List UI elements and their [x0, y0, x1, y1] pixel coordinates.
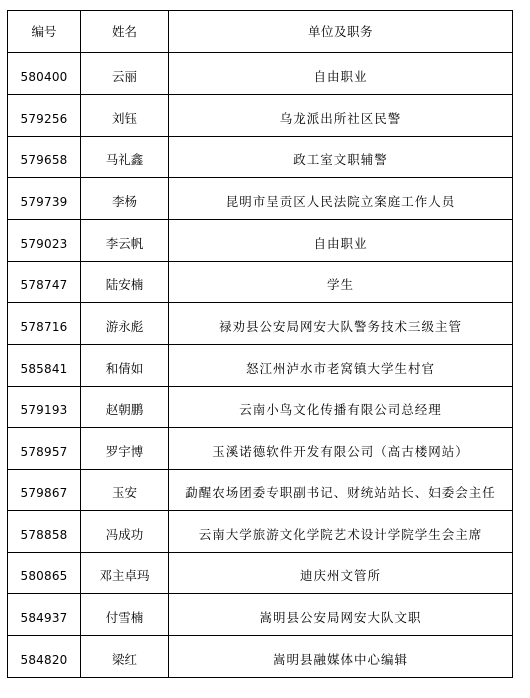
id-cell: 579256 — [8, 95, 81, 137]
unit-value: 勐醒农场团委专职副书记、财统站站长、妇委会主任 — [185, 480, 496, 500]
id-value: 579256 — [20, 106, 67, 126]
unit-cell: 玉溪诺德软件开发有限公司（高古楼网站） — [169, 428, 513, 470]
table-row: 585841和倩如怒江州泸水市老窝镇大学生村官 — [8, 345, 513, 387]
id-value: 579739 — [20, 189, 67, 209]
name-value: 刘钰 — [112, 106, 137, 126]
unit-cell: 禄劝县公安局网安大队警务技术三级主管 — [169, 303, 513, 345]
id-cell: 584820 — [8, 636, 81, 678]
id-cell: 579867 — [8, 470, 81, 511]
unit-value: 昆明市呈贡区人民法院立案庭工作人员 — [226, 189, 456, 209]
id-cell: 578716 — [8, 303, 81, 345]
name-cell: 马礼鑫 — [81, 137, 169, 178]
name-value: 和倩如 — [106, 356, 144, 376]
table-row: 579023李云帆自由职业 — [8, 220, 513, 262]
id-cell: 578858 — [8, 511, 81, 553]
table-row: 579658马礼鑫政工室文职辅警 — [8, 137, 513, 178]
unit-cell: 迪庆州文管所 — [169, 553, 513, 594]
name-value: 冯成功 — [106, 522, 144, 542]
unit-cell: 政工室文职辅警 — [169, 137, 513, 178]
unit-cell: 学生 — [169, 262, 513, 303]
header-id: 编号 — [8, 11, 81, 53]
unit-value: 云南大学旅游文化学院艺术设计学院学生会主席 — [199, 522, 483, 542]
id-cell: 579023 — [8, 220, 81, 262]
id-cell: 579193 — [8, 387, 81, 428]
unit-cell: 乌龙派出所社区民警 — [169, 95, 513, 137]
name-value: 赵朝鹏 — [106, 397, 144, 417]
unit-cell: 自由职业 — [169, 220, 513, 262]
unit-value: 乌龙派出所社区民警 — [280, 106, 402, 126]
unit-value: 嵩明县融媒体中心编辑 — [273, 647, 408, 667]
unit-cell: 嵩明县公安局网安大队文职 — [169, 594, 513, 636]
unit-cell: 自由职业 — [169, 53, 513, 95]
header-name: 姓名 — [81, 11, 169, 53]
id-cell: 578957 — [8, 428, 81, 470]
unit-value: 政工室文职辅警 — [293, 147, 388, 167]
name-cell: 陆安楠 — [81, 262, 169, 303]
name-cell: 云丽 — [81, 53, 169, 95]
id-cell: 579739 — [8, 178, 81, 220]
unit-cell: 嵩明县融媒体中心编辑 — [169, 636, 513, 678]
id-value: 578858 — [20, 522, 67, 542]
name-cell: 李杨 — [81, 178, 169, 220]
id-value: 580400 — [20, 64, 67, 84]
name-value: 梁红 — [112, 647, 137, 667]
table-row: 579256刘钰乌龙派出所社区民警 — [8, 95, 513, 137]
id-value: 578957 — [20, 439, 67, 459]
table-row: 580400云丽自由职业 — [8, 53, 513, 95]
table-body: 580400云丽自由职业 579256刘钰乌龙派出所社区民警 579658马礼鑫… — [8, 53, 513, 678]
id-value: 579867 — [20, 480, 67, 500]
name-value: 马礼鑫 — [106, 147, 144, 167]
table-row: 579739李杨昆明市呈贡区人民法院立案庭工作人员 — [8, 178, 513, 220]
id-cell: 584937 — [8, 594, 81, 636]
unit-cell: 怒江州泸水市老窝镇大学生村官 — [169, 345, 513, 387]
name-value: 玉安 — [112, 480, 137, 500]
unit-value: 自由职业 — [313, 231, 367, 251]
id-value: 579658 — [20, 147, 67, 167]
unit-cell: 昆明市呈贡区人民法院立案庭工作人员 — [169, 178, 513, 220]
name-cell: 罗宇博 — [81, 428, 169, 470]
header-unit-label: 单位及职务 — [308, 25, 373, 39]
name-cell: 邓主卓玛 — [81, 553, 169, 594]
id-value: 578716 — [20, 314, 67, 334]
table-row: 578858冯成功云南大学旅游文化学院艺术设计学院学生会主席 — [8, 511, 513, 553]
unit-value: 禄劝县公安局网安大队警务技术三级主管 — [219, 314, 462, 334]
table-row: 578957罗宇博玉溪诺德软件开发有限公司（高古楼网站） — [8, 428, 513, 470]
id-value: 585841 — [20, 356, 67, 376]
id-cell: 580865 — [8, 553, 81, 594]
name-value: 李云帆 — [106, 231, 144, 251]
id-value: 578747 — [20, 272, 67, 292]
name-value: 李杨 — [112, 189, 137, 209]
unit-cell: 云南小鸟文化传播有限公司总经理 — [169, 387, 513, 428]
name-cell: 游永彪 — [81, 303, 169, 345]
id-value: 580865 — [20, 563, 67, 583]
unit-value: 自由职业 — [313, 64, 367, 84]
table-row: 580865邓主卓玛迪庆州文管所 — [8, 553, 513, 594]
unit-value: 嵩明县公安局网安大队文职 — [259, 605, 421, 625]
table-header-row: 编号 姓名 单位及职务 — [8, 11, 513, 53]
name-value: 邓主卓玛 — [99, 563, 149, 583]
table-row: 584820梁红嵩明县融媒体中心编辑 — [8, 636, 513, 678]
name-value: 云丽 — [112, 64, 137, 84]
id-cell: 579658 — [8, 137, 81, 178]
name-value: 陆安楠 — [106, 272, 144, 292]
header-name-label: 姓名 — [112, 25, 137, 39]
name-cell: 冯成功 — [81, 511, 169, 553]
name-cell: 玉安 — [81, 470, 169, 511]
name-cell: 梁红 — [81, 636, 169, 678]
name-cell: 和倩如 — [81, 345, 169, 387]
id-cell: 580400 — [8, 53, 81, 95]
name-value: 游永彪 — [106, 314, 144, 334]
name-value: 付雪楠 — [106, 605, 144, 625]
id-value: 584937 — [20, 605, 67, 625]
name-cell: 刘钰 — [81, 95, 169, 137]
table-row: 584937付雪楠嵩明县公安局网安大队文职 — [8, 594, 513, 636]
unit-value: 云南小鸟文化传播有限公司总经理 — [239, 397, 442, 417]
header-unit: 单位及职务 — [169, 11, 513, 53]
table-row: 579193赵朝鹏云南小鸟文化传播有限公司总经理 — [8, 387, 513, 428]
roster-table: 编号 姓名 单位及职务 580400云丽自由职业 579256刘钰乌龙派出所社区… — [7, 10, 513, 678]
unit-value: 迪庆州文管所 — [300, 563, 381, 583]
table-row: 578716游永彪禄劝县公安局网安大队警务技术三级主管 — [8, 303, 513, 345]
name-cell: 李云帆 — [81, 220, 169, 262]
id-cell: 578747 — [8, 262, 81, 303]
name-value: 罗宇博 — [106, 439, 144, 459]
id-value: 584820 — [20, 647, 67, 667]
header-id-label: 编号 — [31, 25, 56, 39]
name-cell: 赵朝鹏 — [81, 387, 169, 428]
table-row: 579867玉安勐醒农场团委专职副书记、财统站站长、妇委会主任 — [8, 470, 513, 511]
id-value: 579023 — [20, 231, 67, 251]
unit-cell: 云南大学旅游文化学院艺术设计学院学生会主席 — [169, 511, 513, 553]
roster-table-container: 编号 姓名 单位及职务 580400云丽自由职业 579256刘钰乌龙派出所社区… — [7, 10, 513, 678]
unit-cell: 勐醒农场团委专职副书记、财统站站长、妇委会主任 — [169, 470, 513, 511]
unit-value: 怒江州泸水市老窝镇大学生村官 — [246, 356, 435, 376]
unit-value: 玉溪诺德软件开发有限公司（高古楼网站） — [212, 439, 469, 459]
id-value: 579193 — [20, 397, 67, 417]
name-cell: 付雪楠 — [81, 594, 169, 636]
id-cell: 585841 — [8, 345, 81, 387]
table-row: 578747陆安楠学生 — [8, 262, 513, 303]
unit-value: 学生 — [327, 272, 354, 292]
